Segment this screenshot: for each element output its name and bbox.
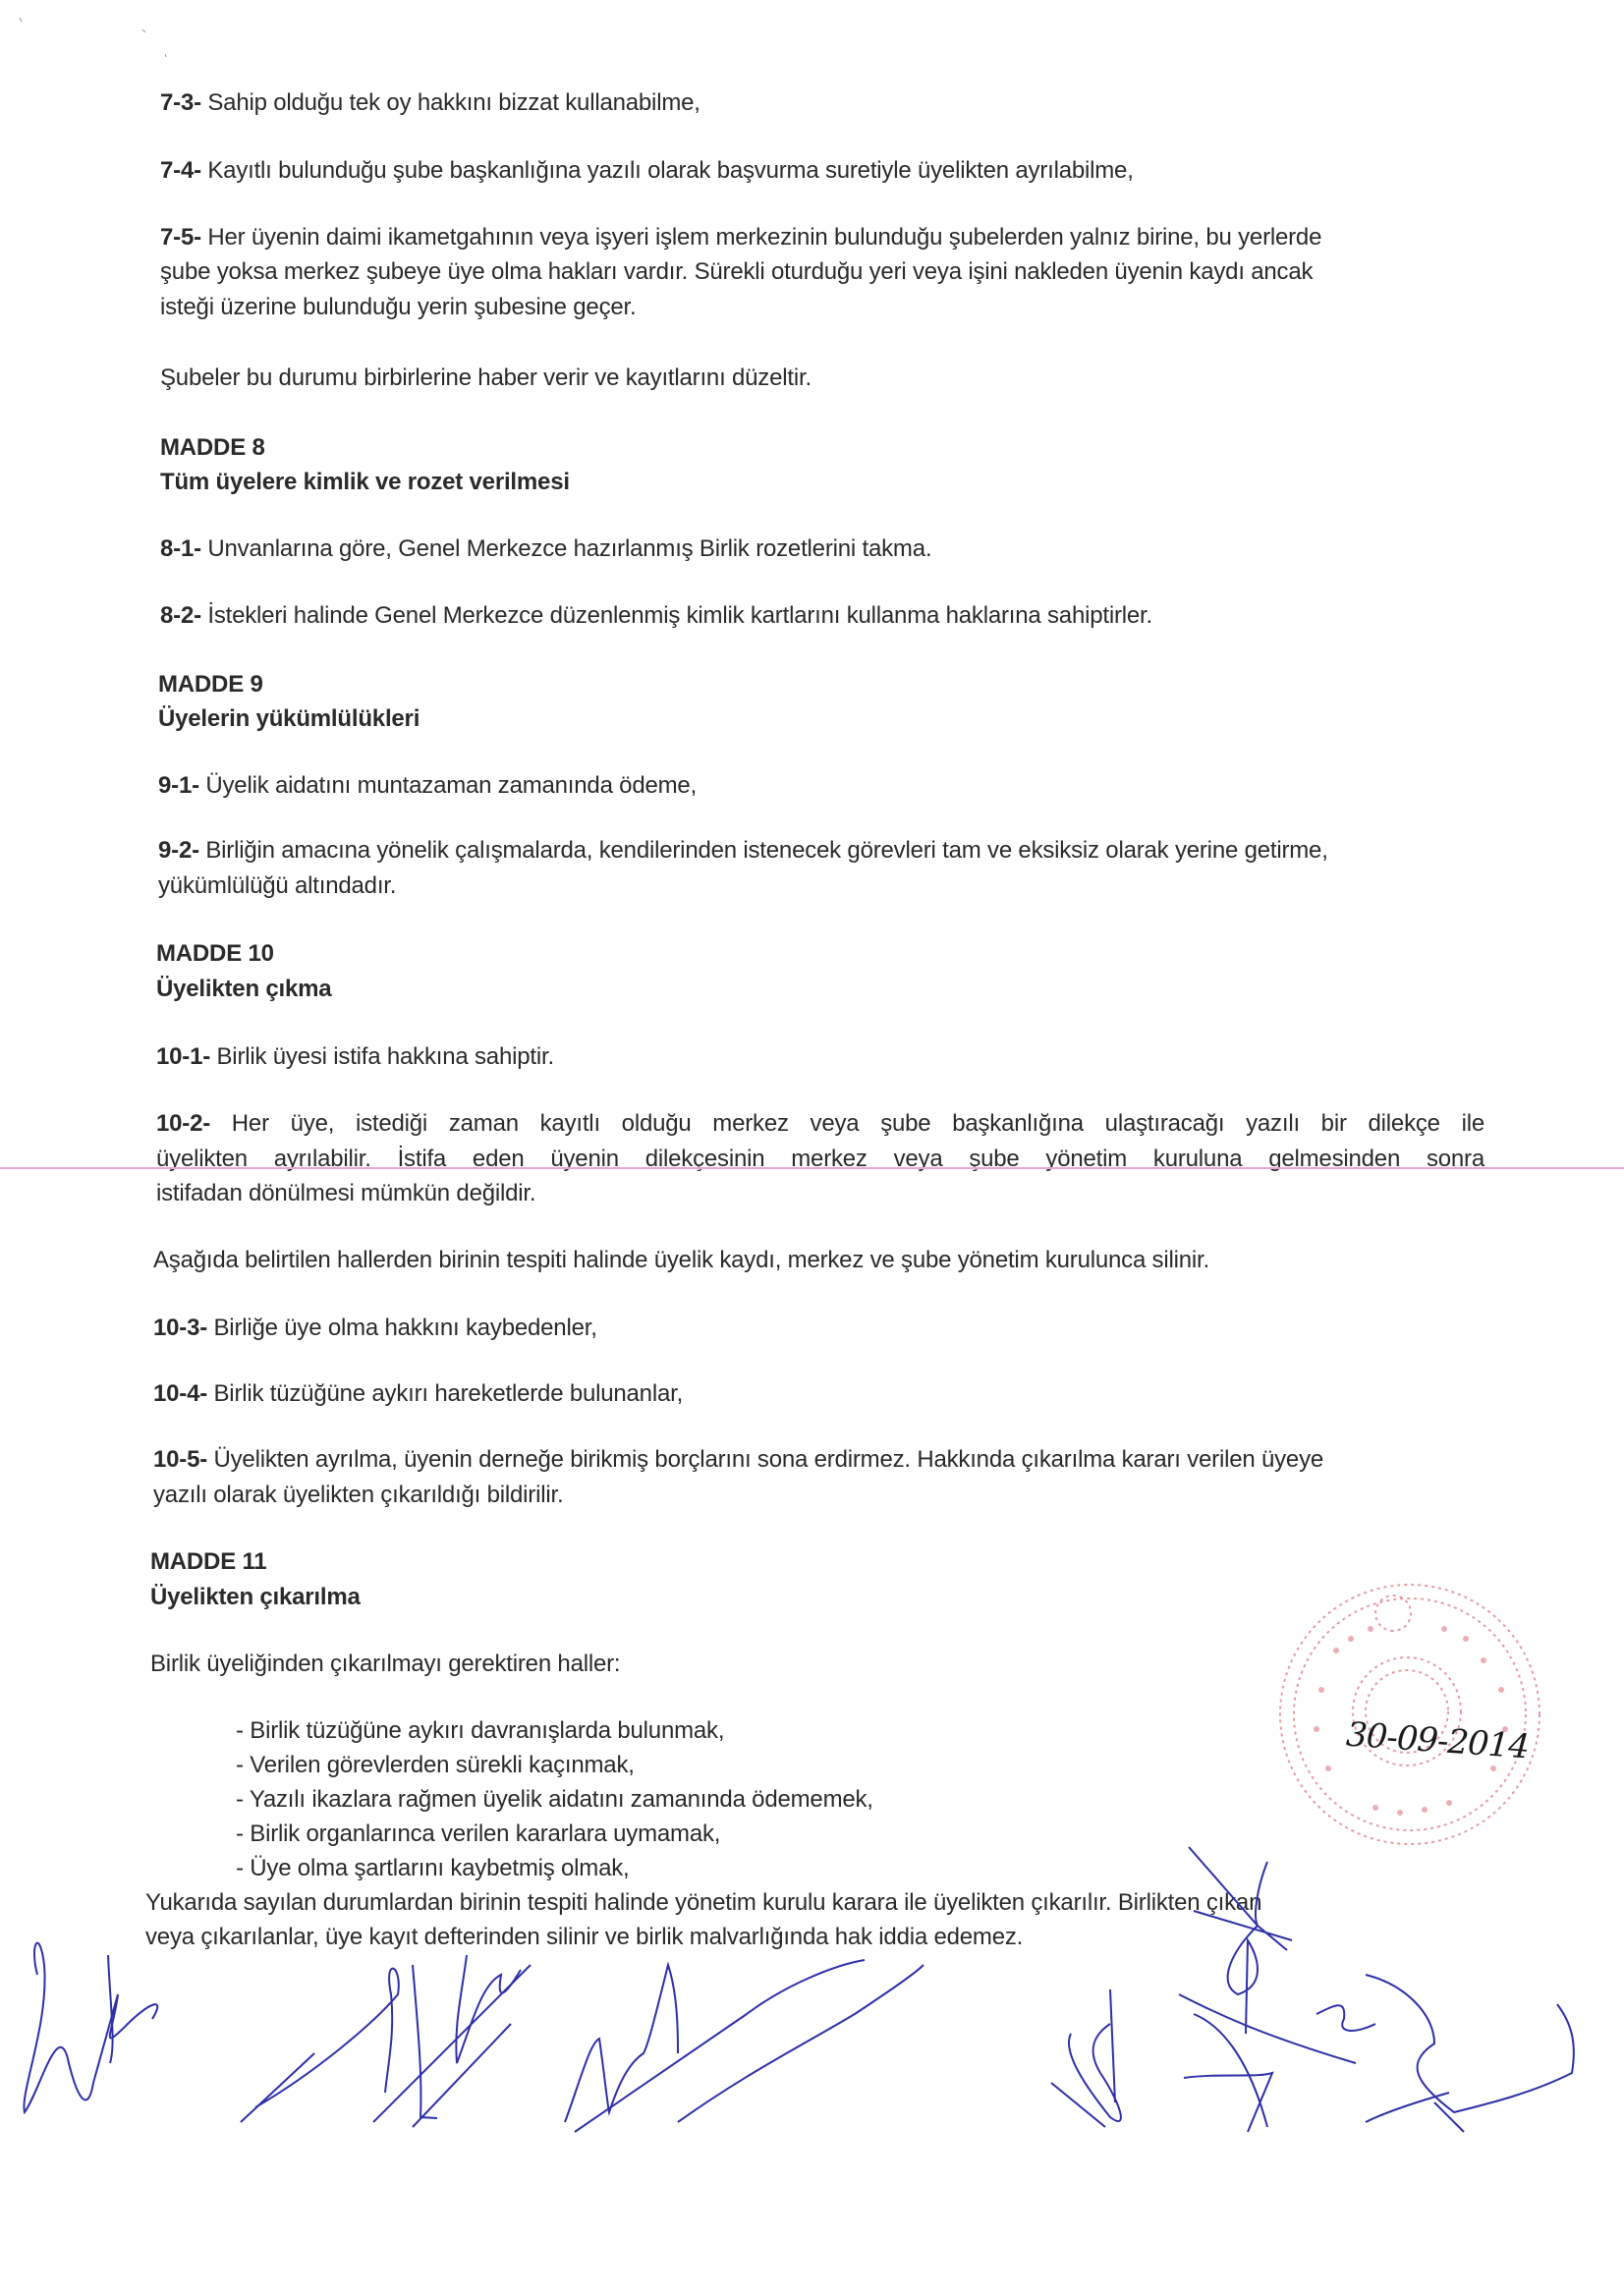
item-text: Birlik üyesi istifa hakkına sahiptir. xyxy=(210,1043,554,1070)
document-page: 7-3- Sahip olduğu tek oy hakkını bizzat … xyxy=(0,0,1624,2296)
item-text: Unvanlarına göre, Genel Merkezce hazırla… xyxy=(201,535,931,562)
signature-7 xyxy=(1316,1975,1574,2132)
paragraph-10-2-line1: 10-2- Her üye, istediği zaman kayıtlı ol… xyxy=(156,1105,1484,1142)
handwritten-stamp-date: 30-09-2014 xyxy=(1345,1715,1530,1767)
paragraph-10-intro: Aşağıda belirtilen hallerden birinin tes… xyxy=(153,1242,1209,1278)
bullet-item: - Birlik tüzüğüne aykırı davranışlarda b… xyxy=(236,1712,724,1749)
item-text: Her üye, istediği zaman kayıtlı olduğu m… xyxy=(210,1110,1484,1137)
madde-8-heading: MADDE 8 xyxy=(160,429,265,466)
paragraph-9-2-line1: 9-2- Birliğin amacına yönelik çalışmalar… xyxy=(158,832,1328,868)
item-text: Her üyenin daimi ikametgahının veya işye… xyxy=(201,224,1321,251)
signature-3 xyxy=(413,1955,521,2127)
official-stamp xyxy=(1280,1585,1540,1844)
bullet-item: - Birlik organlarınca verilen kararlara … xyxy=(236,1816,720,1852)
item-number: 10-5- xyxy=(153,1446,207,1473)
signature-4 xyxy=(565,1960,924,2132)
paragraph-7-5-line1: 7-5- Her üyenin daimi ikametgahının veya… xyxy=(160,219,1321,255)
paragraph-11-intro: Birlik üyeliğinden çıkarılmayı gerektire… xyxy=(150,1646,620,1682)
madde-10-title: Üyelikten çıkma xyxy=(156,971,331,1007)
bullet-item: - Üye olma şartlarını kaybetmiş olmak, xyxy=(236,1850,630,1886)
item-text: Kayıtlı bulunduğu şube başkanlığına yazı… xyxy=(201,157,1134,184)
item-text: İstekleri halinde Genel Merkezce düzenle… xyxy=(201,602,1152,629)
paragraph-7-3: 7-3- Sahip olduğu tek oy hakkını bizzat … xyxy=(160,84,700,121)
scan-marks xyxy=(20,18,166,57)
item-number: 10-2- xyxy=(156,1110,210,1137)
paragraph-11-closing-line2: veya çıkarılanlar, üye kayıt defterinden… xyxy=(145,1919,1023,1955)
paragraph-7-4: 7-4- Kayıtlı bulunduğu şube başkanlığına… xyxy=(160,152,1134,189)
signature-1 xyxy=(24,1943,157,2112)
paragraph-10-2-line2: üyelikten ayrılabilir. İstifa eden üyeni… xyxy=(156,1141,1484,1177)
paragraph-8-2: 8-2- İstekleri halinde Genel Merkezce dü… xyxy=(160,597,1152,634)
item-number: 9-1- xyxy=(158,772,199,799)
scan-artifact-pink-line xyxy=(0,1167,1624,1169)
item-number: 10-1- xyxy=(156,1043,210,1070)
signature-5 xyxy=(1051,1989,1121,2127)
paragraph-10-5-line2: yazılı olarak üyelikten çıkarıldığı bild… xyxy=(153,1477,563,1513)
item-number: 8-1- xyxy=(160,535,201,562)
item-text: Sahip olduğu tek oy hakkını bizzat kulla… xyxy=(201,89,700,116)
paragraph-11-closing-line1: Yukarıda sayılan durumlardan birinin tes… xyxy=(145,1884,1261,1921)
bullet-item: - Yazılı ikazlara rağmen üyelik aidatını… xyxy=(236,1781,873,1818)
paragraph-7-note: Şubeler bu durumu birbirlerine haber ver… xyxy=(160,360,812,396)
paragraph-10-4: 10-4- Birlik tüzüğüne aykırı hareketlerd… xyxy=(153,1375,683,1412)
madde-10-heading: MADDE 10 xyxy=(156,935,274,972)
item-text: Birlik tüzüğüne aykırı hareketlerde bulu… xyxy=(207,1380,683,1407)
item-number: 10-3- xyxy=(153,1315,207,1341)
paragraph-10-3: 10-3- Birliğe üye olma hakkını kaybedenl… xyxy=(153,1310,597,1346)
item-text: Üyelikten ayrılma, üyenin derneğe birikm… xyxy=(207,1446,1323,1473)
madde-9-heading: MADDE 9 xyxy=(158,666,263,702)
paragraph-7-5-line2: şube yoksa merkez şubeye üye olma haklar… xyxy=(160,253,1313,290)
madde-11-heading: MADDE 11 xyxy=(150,1543,266,1580)
paragraph-9-1: 9-1- Üyelik aidatını muntazaman zamanınd… xyxy=(158,767,697,804)
paragraph-10-1: 10-1- Birlik üyesi istifa hakkına sahipt… xyxy=(156,1038,554,1075)
paragraph-7-5-line3: isteği üzerine bulunduğu yerin şubesine … xyxy=(160,289,636,325)
item-number: 10-4- xyxy=(153,1380,207,1407)
madde-11-title: Üyelikten çıkarılma xyxy=(150,1579,361,1615)
paragraph-8-1: 8-1- Unvanlarına göre, Genel Merkezce ha… xyxy=(160,531,931,567)
item-text: Birliğe üye olma hakkını kaybedenler, xyxy=(207,1315,597,1341)
paragraph-10-5-line1: 10-5- Üyelikten ayrılma, üyenin derneğe … xyxy=(153,1441,1323,1478)
item-number: 8-2- xyxy=(160,602,201,629)
item-number: 7-4- xyxy=(160,157,201,184)
item-number: 7-3- xyxy=(160,89,201,116)
madde-9-title: Üyelerin yükümlülükleri xyxy=(158,700,420,737)
paragraph-10-2-line3: istifadan dönülmesi mümkün değildir. xyxy=(156,1175,535,1211)
item-text: Üyelik aidatını muntazaman zamanında öde… xyxy=(199,772,697,799)
item-number: 7-5- xyxy=(160,224,201,251)
madde-8-title: Tüm üyelere kimlik ve rozet verilmesi xyxy=(160,464,570,500)
item-text: Birliğin amacına yönelik çalışmalarda, k… xyxy=(199,837,1328,864)
item-number: 9-2- xyxy=(158,837,199,864)
bullet-item: - Verilen görevlerden sürekli kaçınmak, xyxy=(236,1747,635,1783)
signature-2 xyxy=(241,1965,531,2122)
paragraph-9-2-line2: yükümlülüğü altındadır. xyxy=(158,868,396,904)
